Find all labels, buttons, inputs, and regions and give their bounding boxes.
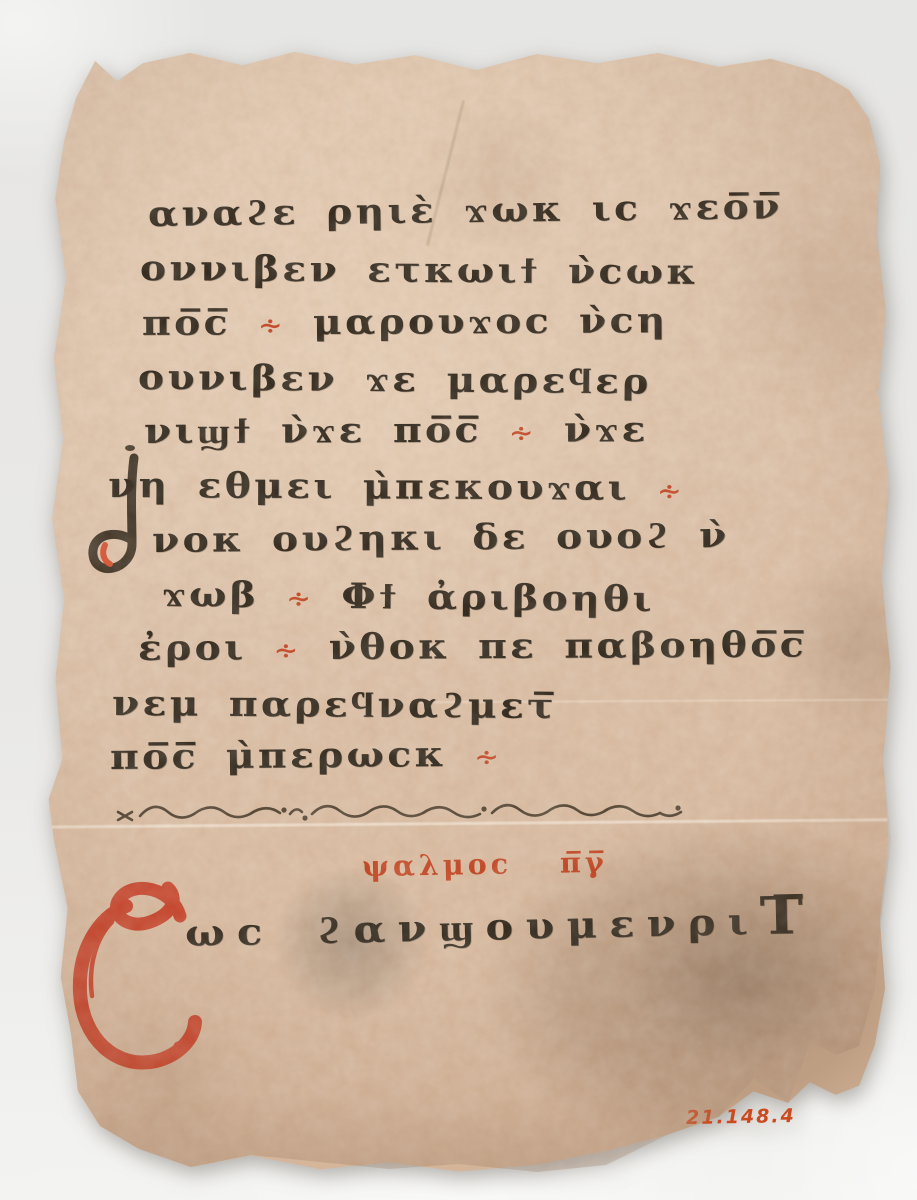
stain: [706, 168, 917, 428]
ink-smudge: [271, 868, 431, 1018]
stain: [626, 878, 866, 1068]
stain: [406, 98, 596, 258]
stain: [76, 998, 256, 1158]
parchment-leaf: [26, 38, 892, 1183]
manuscript-leaf-wrapper: αναϩε ρηιὲ ϫωκ ιϲ ϫεο̅ν̅οννιβεν ετκωιϯ ν…: [0, 0, 917, 1200]
wrinkle-line: [426, 100, 465, 246]
crease-line: [26, 818, 892, 829]
crease-line: [416, 699, 892, 703]
photograph-of-manuscript-leaf: { "colors": { "backdrop": "#e9e8e5", "pa…: [0, 0, 917, 1200]
stain: [481, 818, 917, 1158]
stain: [766, 548, 917, 738]
